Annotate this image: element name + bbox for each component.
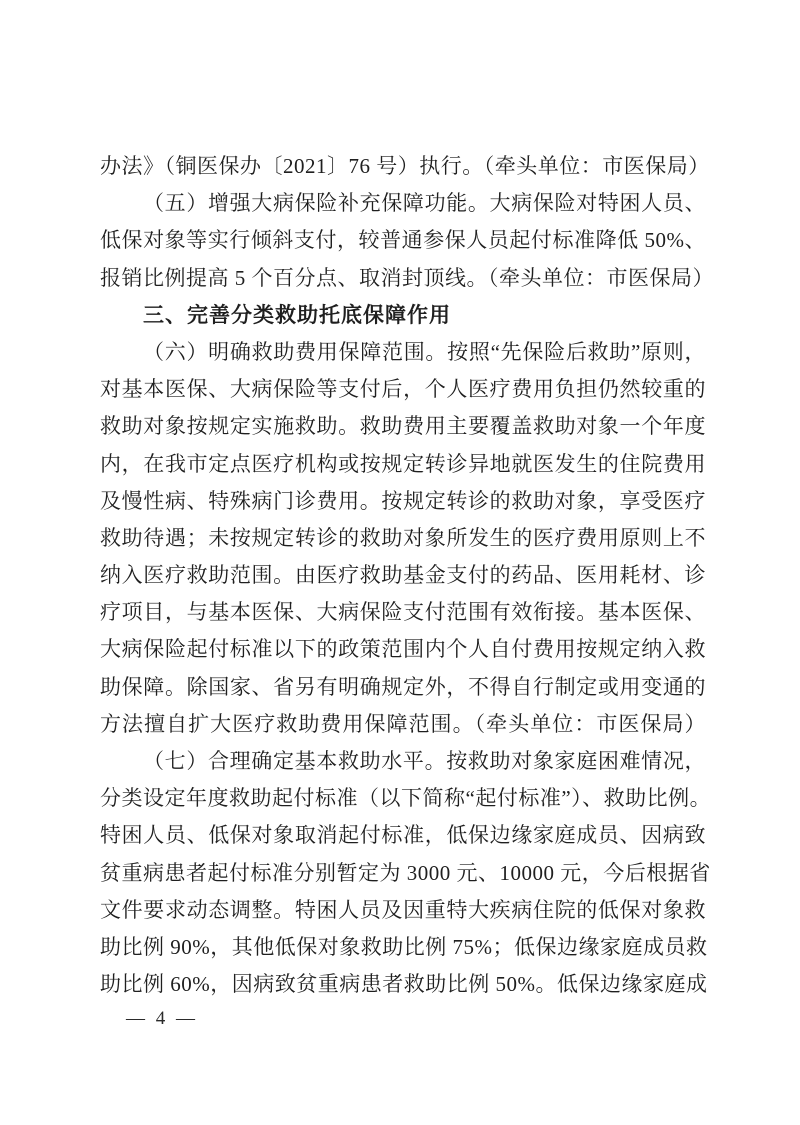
text-line: 分类设定年度救助起付标准（以下简称“起付标准”）、救助比例。 [100,780,706,817]
document-text-block: 办法》（铜医保办〔2021〕76 号）执行。（牵头单位：市医保局） （五）增强大… [100,148,706,1003]
text-line: 办法》（铜医保办〔2021〕76 号）执行。（牵头单位：市医保局） [100,148,706,185]
text-line: 内，在我市定点医疗机构或按规定转诊异地就医发生的住院费用 [100,446,706,483]
text-line: 报销比例提高 5 个百分点、取消封顶线。（牵头单位：市医保局） [100,260,706,297]
text-line: 救助待遇；未按规定转诊的救助对象所发生的医疗费用原则上不 [100,520,706,557]
text-line: 低保对象等实行倾斜支付，较普通参保人员起付标准降低 50%、 [100,222,706,259]
text-line: （六）明确救助费用保障范围。按照“先保险后救助”原则， [100,334,706,371]
text-line: 纳入医疗救助范围。由医疗救助基金支付的药品、医用耗材、诊 [100,557,706,594]
section-heading: 三、完善分类救助托底保障作用 [100,297,706,334]
text-line: 特困人员、低保对象取消起付标准，低保边缘家庭成员、因病致 [100,817,706,854]
text-line: 疗项目，与基本医保、大病保险支付范围有效衔接。基本医保、 [100,594,706,631]
page-number: — 4 — [126,1005,198,1033]
text-line: 救助对象按规定实施救助。救助费用主要覆盖救助对象一个年度 [100,408,706,445]
text-line: 贫重病患者起付标准分别暂定为 3000 元、10000 元，今后根据省 [100,855,706,892]
text-line: 助比例 90%，其他低保对象救助比例 75%；低保边缘家庭成员救 [100,929,706,966]
text-line: （七）合理确定基本救助水平。按救助对象家庭困难情况， [100,743,706,780]
text-line: 对基本医保、大病保险等支付后，个人医疗费用负担仍然较重的 [100,371,706,408]
document-page: 办法》（铜医保办〔2021〕76 号）执行。（牵头单位：市医保局） （五）增强大… [0,0,800,1125]
text-line: 大病保险起付标准以下的政策范围内个人自付费用按规定纳入救 [100,631,706,668]
text-line: 助比例 60%，因病致贫重病患者救助比例 50%。低保边缘家庭成 [100,966,706,1003]
text-line: （五）增强大病保险补充保障功能。大病保险对特困人员、 [100,185,706,222]
text-line: 及慢性病、特殊病门诊费用。按规定转诊的救助对象，享受医疗 [100,483,706,520]
text-line: 方法擅自扩大医疗救助费用保障范围。（牵头单位：市医保局） [100,706,706,743]
text-line: 助保障。除国家、省另有明确规定外，不得自行制定或用变通的 [100,669,706,706]
text-line: 文件要求动态调整。特困人员及因重特大疾病住院的低保对象救 [100,892,706,929]
